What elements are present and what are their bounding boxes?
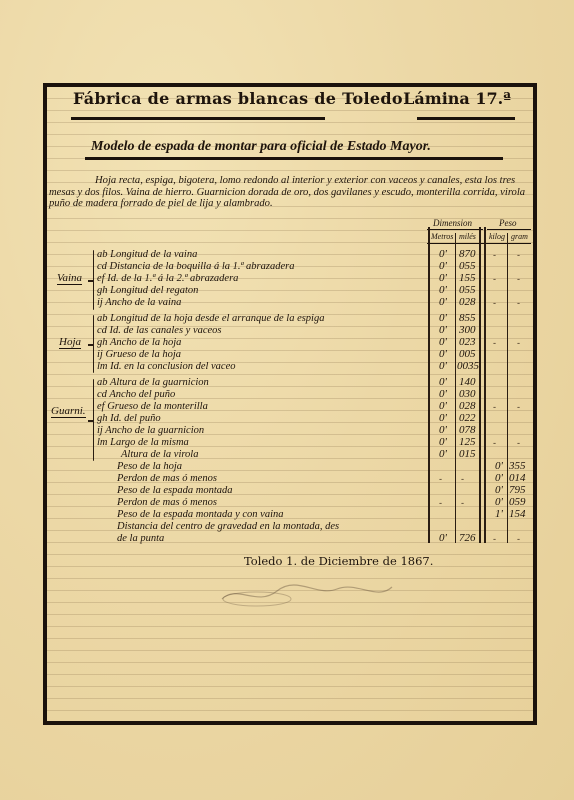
empty-mark: - (493, 251, 496, 261)
empty-mark: - (517, 403, 520, 413)
table-row: lm Largo de la misma (97, 437, 189, 449)
weight-row: Perdon de mas ó menos (117, 473, 217, 485)
row-code: lm (97, 437, 108, 448)
column-header-metros: Metros (431, 232, 453, 241)
row-text: Id. en la conclusion del vaceo (110, 361, 235, 372)
empty-mark: - (517, 439, 520, 449)
value-gram: 014 (509, 472, 526, 484)
value-miles: 140 (459, 376, 476, 388)
value-metros: 0' (439, 376, 447, 388)
row-code: gh (97, 413, 108, 424)
row-text: Id. de la 1.ª á la 2.ª abrazadera (107, 273, 238, 284)
value-metros: 0' (439, 436, 447, 448)
plate-underline (417, 117, 515, 120)
table-row: ij Ancho de la vaina (97, 297, 181, 309)
row-text: Longitud de la vaina (110, 249, 197, 260)
value-metros: 0' (439, 312, 447, 324)
value-kilog: 0' (495, 484, 503, 496)
table-row: gh Longitud del regaton (97, 285, 198, 297)
weight-row: Peso de la espada montada y con vaina (117, 509, 284, 521)
description: Hoja recta, espiga, bigotera, lomo redon… (49, 175, 529, 210)
value-metros: 0' (439, 260, 447, 272)
row-code: ab (97, 313, 108, 324)
group-label-vaina: Vaina (57, 272, 82, 285)
row-text: Longitud de la hoja desde el arranque de… (110, 313, 324, 324)
table-row: cd Ancho del puño (97, 389, 175, 401)
empty-mark: - (517, 251, 520, 261)
column-line (428, 227, 430, 543)
column-header-gram: gram (511, 232, 528, 241)
subtitle-underline (85, 157, 503, 160)
value-miles: 022 (459, 412, 476, 424)
row-text: Distancia del centro de gravedad en la m… (117, 521, 339, 532)
value-miles: 300 (459, 324, 476, 336)
value-miles: 005 (459, 348, 476, 360)
table-row: ef Grueso de la monterilla (97, 401, 208, 413)
row-code: cd (97, 325, 107, 336)
value-miles: 155 (459, 272, 476, 284)
empty-mark: - (517, 275, 520, 285)
table-row: cd Distancia de la boquilla á la 1.ª abr… (97, 261, 294, 273)
row-text: Ancho de la hoja (110, 337, 181, 348)
value-metros: 0' (439, 448, 447, 460)
empty-mark: - (493, 299, 496, 309)
row-text: Peso de la espada montada y con vaina (117, 509, 284, 520)
table-row: lm Id. en la conclusion del vaceo (97, 361, 236, 373)
value-metros: 0' (439, 284, 447, 296)
value-metros: 0' (439, 336, 447, 348)
value-miles: 028 (459, 296, 476, 308)
column-line (455, 233, 456, 543)
row-text: Altura de la guarnicion (110, 377, 209, 388)
row-text: Id. de las canales y vaceos (110, 325, 222, 336)
value-metros: 0' (439, 388, 447, 400)
value-miles: 125 (459, 436, 476, 448)
header-rule (427, 229, 483, 230)
document-frame: Fábrica de armas blancas de Toledo Lámin… (43, 83, 537, 725)
empty-mark: - (493, 403, 496, 413)
value-kilog: 1' (495, 508, 503, 520)
table-row: ab Longitud de la hoja desde el arranque… (97, 313, 324, 325)
table-row: ef Id. de la 1.ª á la 2.ª abrazadera (97, 273, 238, 285)
row-text: Id. del puño (110, 413, 160, 424)
group-label-hoja: Hoja (59, 336, 81, 349)
row-text: Ancho de la vaina (105, 297, 181, 308)
row-code: gh (97, 337, 108, 348)
value-miles: 055 (459, 260, 476, 272)
value-gram: 795 (509, 484, 526, 496)
signature (217, 579, 397, 614)
row-code: ij (97, 425, 103, 436)
value-gram: 154 (509, 508, 526, 520)
table-row: ij Grueso de la hoja (97, 349, 181, 361)
plate-number: Lámina 17.ª (403, 89, 511, 108)
empty-mark: - (493, 339, 496, 349)
value-gram: 355 (509, 460, 526, 472)
row-code: ij (97, 297, 103, 308)
row-text: Perdon de mas ó menos (117, 473, 217, 484)
empty-mark: - (461, 499, 464, 509)
row-code: ij (97, 349, 103, 360)
row-text: Peso de la hoja (117, 461, 182, 472)
row-code: gh (97, 285, 108, 296)
value-miles: 015 (459, 448, 476, 460)
value-miles: 055 (459, 284, 476, 296)
row-text: Altura de la virola (121, 449, 198, 460)
gravity-row: de la punta (117, 533, 164, 545)
header-rule (487, 229, 531, 230)
table-row: gh Ancho de la hoja (97, 337, 181, 349)
value-metros: 0' (439, 424, 447, 436)
row-text: Distancia de la boquilla á la 1.ª abraza… (110, 261, 295, 272)
value-miles: 0035 (457, 360, 479, 372)
value-metros: 0' (439, 272, 447, 284)
table-row: cd Id. de las canales y vaceos (97, 325, 222, 337)
value-miles: 028 (459, 400, 476, 412)
empty-mark: - (517, 299, 520, 309)
column-header-peso: Peso (499, 218, 517, 228)
signature-scribble-icon (217, 579, 397, 609)
column-line (484, 227, 486, 543)
row-text: Largo de la misma (110, 437, 189, 448)
empty-mark: - (439, 475, 442, 485)
gravity-row: Distancia del centro de gravedad en la m… (117, 521, 339, 533)
value-miles: 855 (459, 312, 476, 324)
value-metros: 0' (439, 412, 447, 424)
row-text: Grueso de la hoja (105, 349, 181, 360)
column-line (507, 233, 508, 543)
row-text: Perdon de mas ó menos (117, 497, 217, 508)
value-gram: 059 (509, 496, 526, 508)
empty-mark: - (493, 535, 496, 545)
value-metros: 0' (439, 348, 447, 360)
column-header-miles: milés (459, 232, 476, 241)
value-metros: 0' (439, 324, 447, 336)
value-metros: 0' (439, 248, 447, 260)
value-kilog: 0' (495, 460, 503, 472)
empty-mark: - (439, 499, 442, 509)
row-code: cd (97, 389, 107, 400)
group-label-guarnicion: Guarni. (51, 405, 86, 418)
table-row: ij Ancho de la guarnicion (97, 425, 204, 437)
value-miles: 726 (459, 532, 476, 544)
row-text: Peso de la espada montada (117, 485, 233, 496)
value-miles: 023 (459, 336, 476, 348)
value-kilog: 0' (495, 496, 503, 508)
column-header-dimension: Dimension (433, 218, 472, 228)
table-row: Altura de la virola (121, 449, 198, 461)
empty-mark: - (493, 439, 496, 449)
row-code: lm (97, 361, 108, 372)
empty-mark: - (517, 535, 520, 545)
value-metros: 0' (439, 532, 447, 544)
signature-date: Toledo 1. de Diciembre de 1867. (244, 554, 433, 568)
title-underline (71, 117, 325, 120)
row-code: ab (97, 377, 108, 388)
row-code: ef (97, 401, 105, 412)
empty-mark: - (461, 475, 464, 485)
value-metros: 0' (439, 296, 447, 308)
row-code: cd (97, 261, 107, 272)
weight-row: Perdon de mas ó menos (117, 497, 217, 509)
subtitle: Modelo de espada de montar para oficial … (91, 139, 431, 155)
column-line (479, 227, 481, 543)
value-miles: 078 (459, 424, 476, 436)
row-code: ab (97, 249, 108, 260)
empty-mark: - (517, 339, 520, 349)
weight-row: Peso de la hoja (117, 461, 182, 473)
value-metros: 0' (439, 360, 447, 372)
factory-title: Fábrica de armas blancas de Toledo (73, 89, 403, 108)
column-header-kilog: kilog (489, 232, 505, 241)
row-text: Grueso de la monterilla (107, 401, 208, 412)
value-miles: 030 (459, 388, 476, 400)
value-metros: 0' (439, 400, 447, 412)
row-text: de la punta (117, 533, 164, 544)
table-row: gh Id. del puño (97, 413, 161, 425)
table-row: ab Altura de la guarnicion (97, 377, 209, 389)
table-row: ab Longitud de la vaina (97, 249, 197, 261)
value-miles: 870 (459, 248, 476, 260)
row-text: Ancho de la guarnicion (105, 425, 204, 436)
brace-guarnicion (93, 379, 94, 461)
brace-vaina (93, 250, 94, 310)
value-kilog: 0' (495, 472, 503, 484)
weight-row: Peso de la espada montada (117, 485, 233, 497)
brace-hoja (93, 315, 94, 373)
row-code: ef (97, 273, 105, 284)
empty-mark: - (493, 275, 496, 285)
row-text: Longitud del regaton (110, 285, 198, 296)
row-text: Ancho del puño (109, 389, 175, 400)
